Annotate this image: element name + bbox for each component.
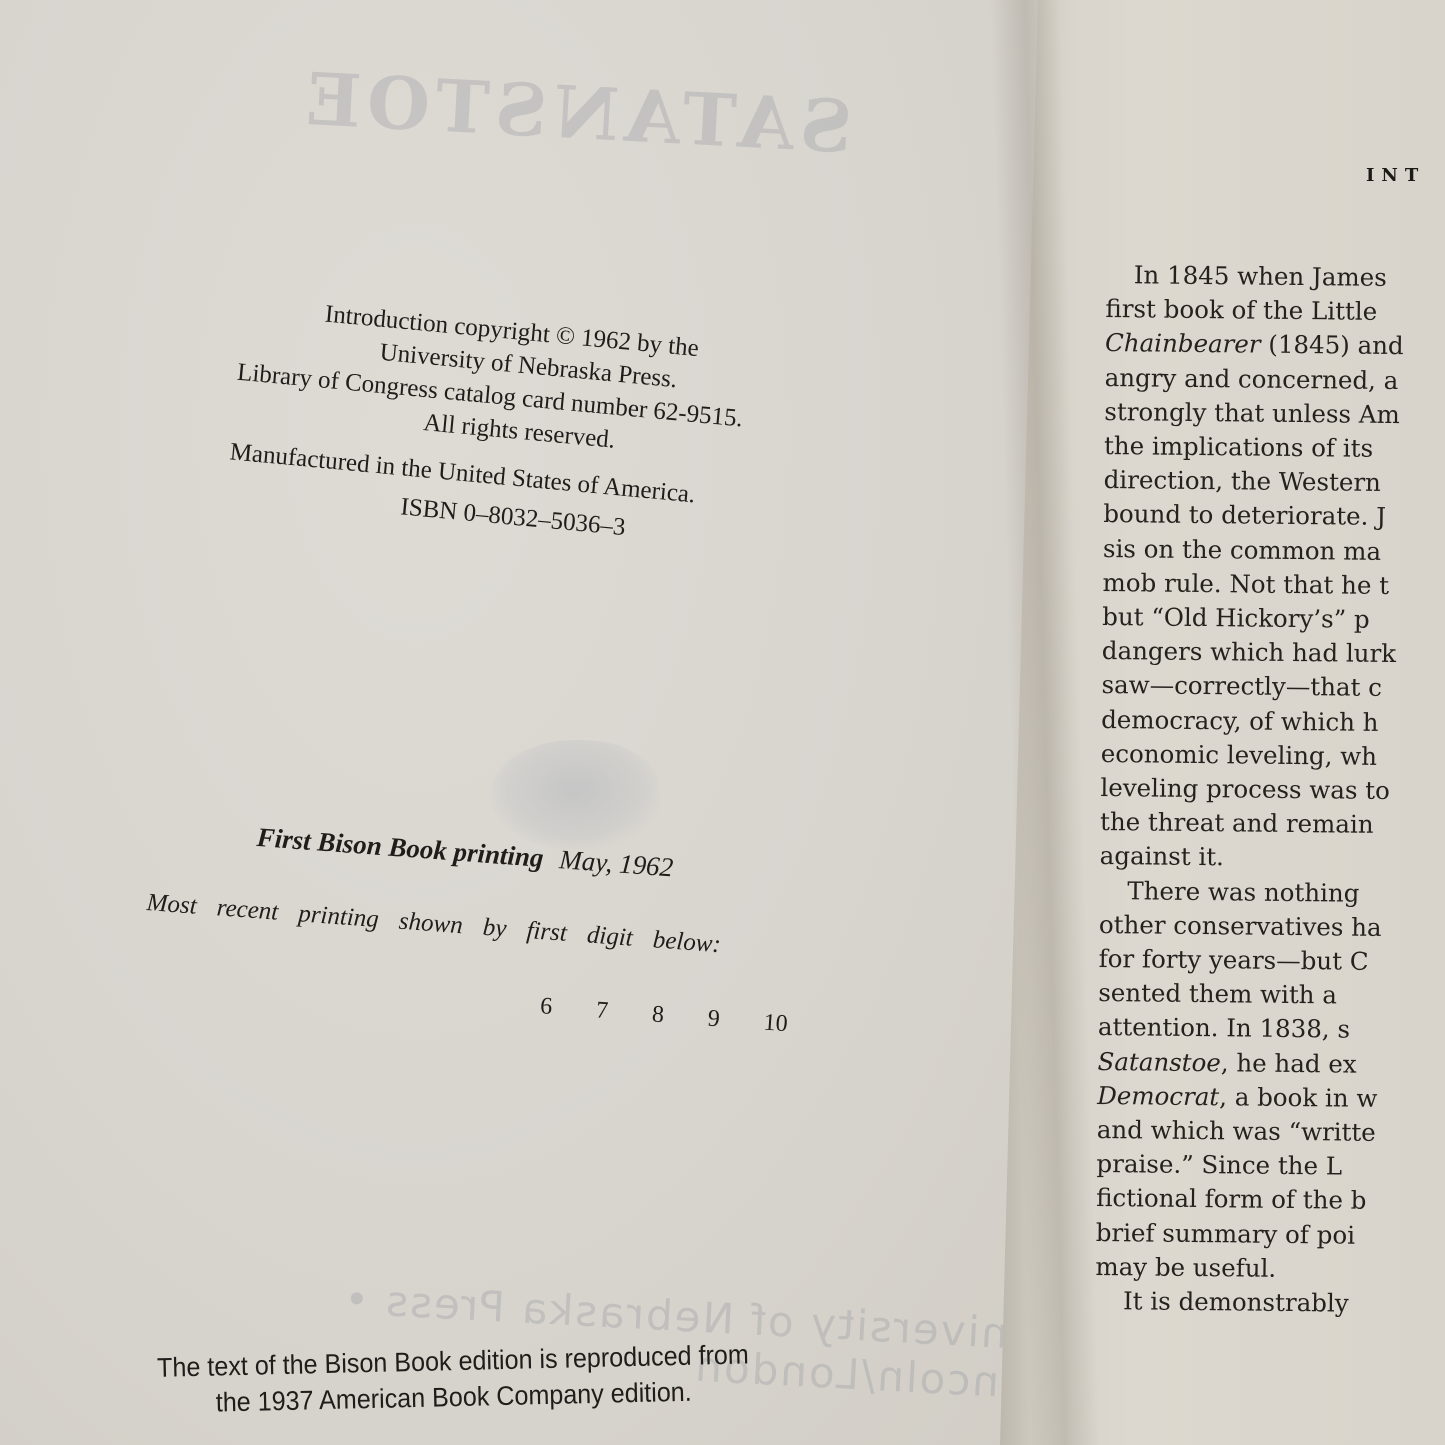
text-line: Satanstoe, he had ex <box>1097 1045 1445 1084</box>
text-run: and which was “writte <box>1097 1115 1376 1147</box>
text-line: but “Old Hickory’s” p <box>1102 600 1445 639</box>
first-printing-date: May, 1962 <box>558 844 674 882</box>
text-line: saw—correctly—that c <box>1101 668 1445 707</box>
text-run: other conservatives ha <box>1099 910 1382 942</box>
text-line: strongly that unless Am <box>1104 395 1445 434</box>
text-run: praise.” Since the L <box>1096 1149 1342 1181</box>
text-run: against it. <box>1100 841 1224 871</box>
text-line: against it. <box>1100 839 1445 878</box>
printing-digit: 9 <box>707 1006 721 1034</box>
text-line: bound to deteriorate. J <box>1103 497 1445 536</box>
book-spread: SATANSTOE University of Nebraska Press •… <box>0 0 1445 1445</box>
text-line: first book of the Little <box>1105 292 1445 331</box>
bison-logo-show-through-icon <box>490 740 660 850</box>
text-line: and which was “writte <box>1097 1113 1445 1152</box>
printing-digit: 6 <box>539 993 553 1021</box>
text-line: leveling process was to <box>1100 771 1445 810</box>
text-line: sis on the common ma <box>1103 532 1445 571</box>
text-run: saw—correctly—that c <box>1101 670 1382 702</box>
text-run: In 1845 when James <box>1134 260 1387 292</box>
text-line: democracy, of which h <box>1101 703 1445 742</box>
text-run: for forty years—but C <box>1099 944 1369 976</box>
text-run: It is demonstrably <box>1123 1286 1349 1317</box>
text-line: fictional form of the b <box>1096 1181 1445 1220</box>
text-line: for forty years—but C <box>1098 942 1445 981</box>
text-run: leveling process was to <box>1100 773 1390 805</box>
text-run: (1845) and <box>1260 330 1403 360</box>
text-run: sented them with a <box>1098 978 1337 1009</box>
text-run: attention. In 1838, s <box>1098 1012 1350 1044</box>
text-run: but “Old Hickory’s” p <box>1102 602 1370 634</box>
text-line: economic leveling, wh <box>1101 737 1445 776</box>
chapter-heading: INT <box>1366 165 1425 186</box>
text-line: direction, the Western <box>1103 463 1445 502</box>
left-page: SATANSTOE University of Nebraska Press •… <box>0 0 1040 1445</box>
text-line: the implications of its <box>1104 429 1445 468</box>
text-run: first book of the Little <box>1105 294 1377 326</box>
text-run: fictional form of the b <box>1096 1183 1367 1215</box>
text-run: angry and concerned, a <box>1105 363 1399 395</box>
text-run: strongly that unless Am <box>1104 397 1400 429</box>
copyright-block: Introduction copyright © 1962 by the Uni… <box>225 290 882 566</box>
text-run: mob rule. Not that he t <box>1102 568 1389 600</box>
text-line: sented them with a <box>1098 976 1445 1015</box>
text-run: , a book in w <box>1219 1082 1377 1113</box>
show-through-title: SATANSTOE <box>298 56 854 170</box>
text-line: There was nothing <box>1099 874 1445 913</box>
text-run: , he had ex <box>1221 1048 1357 1078</box>
recent-printing-note: Most recent printing shown by first digi… <box>146 889 722 959</box>
text-line: brief summary of poi <box>1096 1216 1445 1255</box>
text-line: dangers which had lurk <box>1102 634 1445 673</box>
text-line: praise.” Since the L <box>1096 1147 1445 1186</box>
printing-digit: 8 <box>651 1001 665 1029</box>
italic-title: Satanstoe <box>1097 1047 1221 1077</box>
text-line: the threat and remain <box>1100 805 1445 844</box>
introduction-text: In 1845 when Jamesfirst book of the Litt… <box>1095 258 1445 1323</box>
text-run: There was nothing <box>1127 876 1359 907</box>
text-run: bound to deteriorate. J <box>1103 499 1386 531</box>
first-printing-label: First Bison Book printing <box>256 822 545 873</box>
printing-digit: 7 <box>595 997 609 1025</box>
text-line: other conservatives ha <box>1099 908 1445 947</box>
text-run: direction, the Western <box>1104 465 1382 497</box>
text-line: In 1845 when James <box>1106 258 1445 297</box>
text-run: the threat and remain <box>1100 807 1374 839</box>
text-run: the implications of its <box>1104 431 1373 463</box>
text-run: sis on the common ma <box>1103 534 1381 566</box>
text-line: Democrat, a book in w <box>1097 1079 1445 1118</box>
italic-title: Chainbearer <box>1105 328 1261 359</box>
text-run: democracy, of which h <box>1101 705 1379 737</box>
text-line: may be useful. <box>1095 1250 1445 1289</box>
text-run: brief summary of poi <box>1096 1218 1356 1250</box>
printing-digits: 678910 <box>539 993 832 1041</box>
text-line: It is demonstrably <box>1095 1284 1445 1323</box>
text-run: may be useful. <box>1095 1252 1276 1283</box>
text-line: attention. In 1838, s <box>1098 1010 1445 1049</box>
printing-digit: 10 <box>763 1010 789 1039</box>
italic-title: Democrat <box>1097 1081 1219 1111</box>
text-line: Chainbearer (1845) and <box>1105 326 1445 365</box>
text-run: dangers which had lurk <box>1102 636 1397 668</box>
text-run: economic leveling, wh <box>1101 739 1378 771</box>
text-line: mob rule. Not that he t <box>1102 566 1445 605</box>
text-line: angry and concerned, a <box>1105 361 1445 400</box>
